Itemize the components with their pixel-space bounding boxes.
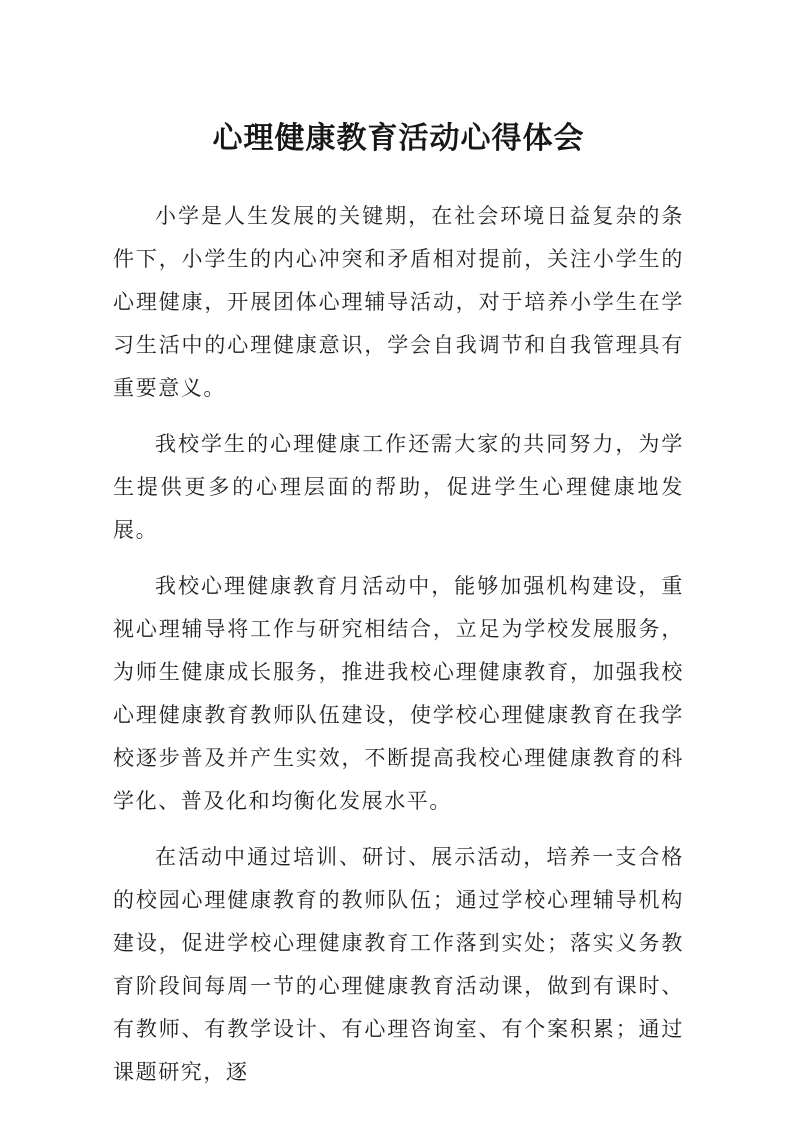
document-title: 心理健康教育活动心得体会: [113, 117, 684, 161]
paragraph-4: 在活动中通过培训、研讨、展示活动，培养一支合格的校园心理健康教育的教师队伍；通过…: [113, 836, 684, 1094]
paragraph-2: 我校学生的心理健康工作还需大家的共同努力，为学生提供更多的心理层面的帮助，促进学…: [113, 423, 684, 552]
paragraph-3: 我校心理健康教育月活动中，能够加强机构建设，重视心理辅导将工作与研究相结合，立足…: [113, 565, 684, 823]
document-page: 心理健康教育活动心得体会 小学是人生发展的关键期，在社会环境日益复杂的条件下，小…: [0, 0, 793, 1122]
paragraph-1: 小学是人生发展的关键期，在社会环境日益复杂的条件下，小学生的内心冲突和矛盾相对提…: [113, 195, 684, 410]
